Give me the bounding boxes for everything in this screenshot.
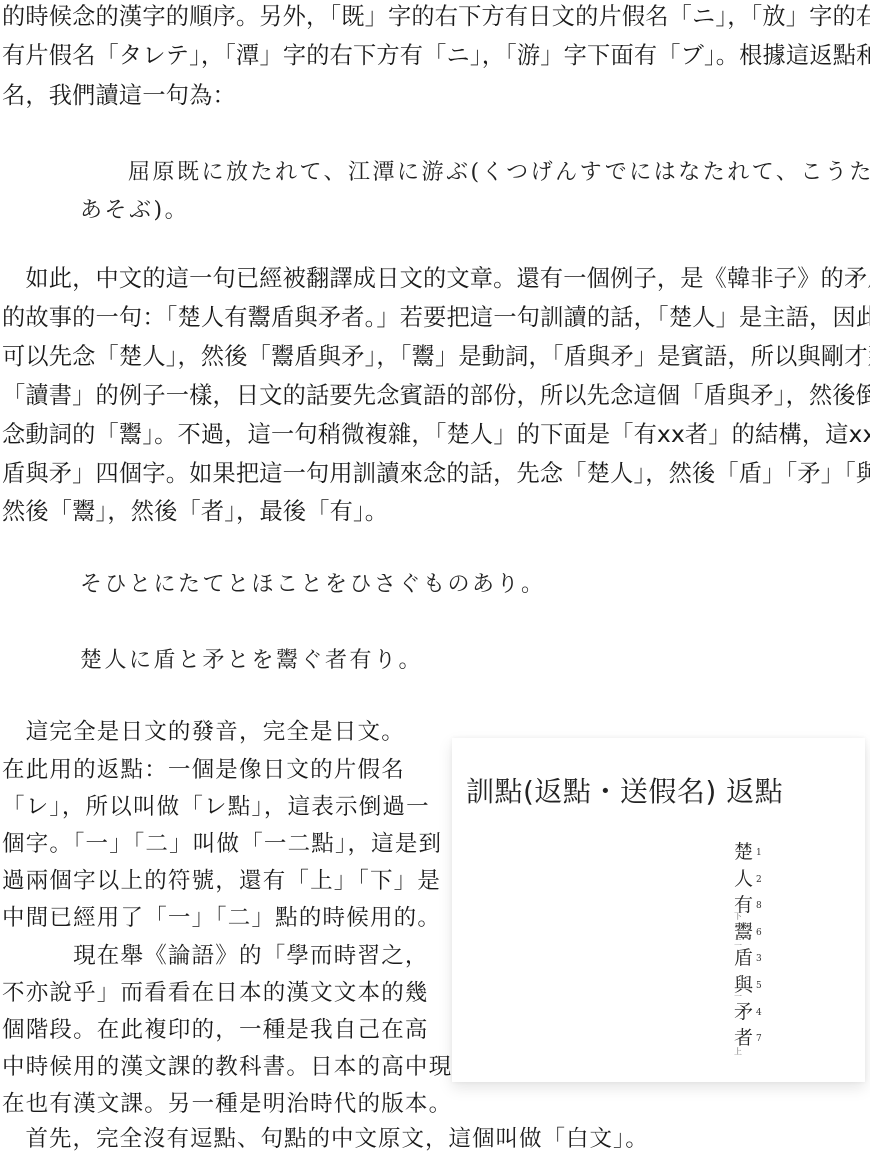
text-line: 「レ」，所以叫做「レ點」，這表示倒過一 <box>2 792 430 822</box>
reading-order: 7 <box>756 1034 762 1044</box>
text-line: 個階段。在此複印的，一種是我自己在高 <box>2 1015 429 1045</box>
kanbun-char: 一矛4 <box>734 1000 753 1027</box>
text-line: 有片假名「タレテ」，「潭」字的右下方有「ニ」，「游」字下面有「ブ」。根據這返點和… <box>2 41 870 71</box>
kaeriten-mark: 二 <box>734 939 742 947</box>
char-text: 矛 <box>734 1001 753 1023</box>
kanbun-char: 人2 <box>734 867 753 894</box>
text-line: 個字。「一」「二」叫做「一二點」，這是到 <box>2 829 442 859</box>
reading-order: 1 <box>756 848 762 858</box>
kaeriten-mark: 上 <box>734 1048 742 1056</box>
text-line: 如此，中文的這一句已經被翻譯成日文的文章。還有一個例子，是《韓非子》的矛盾 <box>2 264 870 294</box>
reading-order: 6 <box>756 928 762 938</box>
text-line: 名，我們讀這一句為： <box>2 81 236 111</box>
kanbun-char: 楚1 <box>734 840 753 867</box>
kaeriten-mark: 下 <box>734 913 742 921</box>
kanbun-char: 二盾3 <box>734 946 753 973</box>
vertical-kanbun-column: 楚1 人2 有8 下鬻6 二盾3 與5 一矛4 者7上 <box>734 840 753 1053</box>
text-line: 中時候用的漢文課的教科書。日本的高中現 <box>2 1052 452 1082</box>
handwritten-kanji-line: 楚人に盾と矛とを鬻ぐ者有り。 <box>80 646 423 676</box>
text-line: 中間已經用了「一」「二」點的時候用的。 <box>2 903 441 933</box>
kanbun-char: 者7上 <box>734 1026 753 1053</box>
text-line: 過兩個字以上的符號，還有「上」「下」是 <box>2 866 441 896</box>
char-text: 盾 <box>734 947 753 969</box>
text-line: 可以先念「楚人」，然後「鬻盾與矛」，「鬻」是動詞，「盾與矛」是賓語，所以與剛才那… <box>2 342 870 372</box>
char-text: 者 <box>734 1027 753 1049</box>
handwritten-line: あそぶ)。 <box>80 196 189 226</box>
reading-order: 3 <box>756 954 762 964</box>
reading-order: 2 <box>756 875 762 885</box>
reading-order: 8 <box>756 901 762 911</box>
text-line: 「讀書」的例子一樣，日文的話要先念賓語的部份，所以先念這個「盾與矛」，然後倒過來 <box>2 381 870 411</box>
reading-order: 4 <box>756 1008 762 1018</box>
handwritten-line: 屈原既に放たれて、江潭に游ぶ(くつげんすでにはなたれて、こうたんに <box>128 158 870 188</box>
text-line: 然後「鬻」，然後「者」，最後「有」。 <box>2 497 388 527</box>
text-line: 的時候念的漢字的順序。另外，「既」字的右下方有日文的片假名「ニ」，「放」字的右下… <box>2 2 870 32</box>
reading-order: 5 <box>756 981 762 991</box>
text-line: 不亦說乎」而看看在日本的漢文文本的幾 <box>2 978 429 1008</box>
text-line: 盾與矛」四個字。如果把這一句用訓讀來念的話，先念「楚人」，然後「盾」「矛」「與」… <box>2 459 870 489</box>
kunten-figure-card: 訓點(返點・送假名) 返點 楚1 人2 有8 下鬻6 二盾3 與5 一矛4 者7… <box>452 738 865 1082</box>
handwritten-kana-line: そひとにたてとほことをひさぐものあり。 <box>80 570 546 600</box>
figure-title: 訓點(返點・送假名) 返點 <box>466 772 783 812</box>
char-text: 人 <box>734 868 753 890</box>
text-line: 在此用的返點：一個是像日文的片假名 <box>2 755 405 785</box>
text-line: 在也有漢文課。另一種是明治時代的版本。 <box>2 1089 452 1119</box>
text-line: 這完全是日文的發音，完全是日文。 <box>2 717 405 747</box>
text-line: 的故事的一句：「楚人有鬻盾與矛者。」若要把這一句訓讀的話，「楚人」是主語，因此， <box>2 303 870 333</box>
kaeriten-mark: 一 <box>734 993 742 1001</box>
text-line: 念動詞的「鬻」。不過，這一句稍微複雜，「楚人」的下面是「有xx者」的結構，這xx… <box>2 420 870 450</box>
text-line: 現在舉《論語》的「學而時習之， <box>2 941 429 971</box>
char-text: 楚 <box>734 841 753 863</box>
text-line-last: 首先，完全沒有逗點、句點的中文原文，這個叫做「白文」。 <box>2 1124 649 1154</box>
